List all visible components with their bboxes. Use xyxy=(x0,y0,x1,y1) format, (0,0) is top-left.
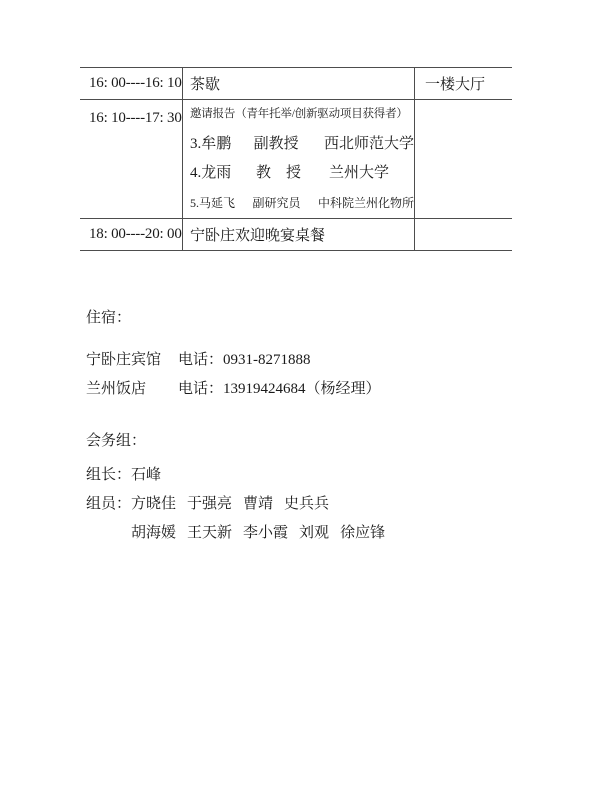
hotel-name: 宁卧庄宾馆 xyxy=(86,346,178,375)
lodging-entry: 兰州饭店 电话： 13919424684（杨经理） xyxy=(86,375,381,404)
member-name: 李小霞 xyxy=(243,519,288,548)
member-name: 史兵兵 xyxy=(284,490,329,519)
member-name: 于强亮 xyxy=(187,490,232,519)
event-title: 邀请报告（青年托举/创新驱动项目获得者） xyxy=(190,100,414,130)
members-line: 胡海媛 王天新 李小霞 刘观 徐应锋 xyxy=(86,519,385,548)
speaker-line: 3.牟鹏 副教授 西北师范大学 xyxy=(190,130,414,160)
time-cell: 16: 10----17: 30 xyxy=(80,100,183,218)
lodging-entry: 宁卧庄宾馆 电话： 0931-8271888 xyxy=(86,346,381,375)
leader-label: 组长： xyxy=(86,461,131,490)
speaker-affiliation: 西北师范大学 xyxy=(324,130,414,160)
members-group: 方晓佳 于强亮 曹靖 史兵兵 xyxy=(131,490,329,519)
member-name: 方晓佳 xyxy=(131,490,176,519)
speaker-line: 4.龙雨 教 授 兰州大学 xyxy=(190,159,414,189)
phone-number: 13919424684（杨经理） xyxy=(223,375,381,404)
member-name: 胡海媛 xyxy=(131,519,176,548)
speaker-line: 5.马延飞 副研究员 中科院兰州化物所 xyxy=(190,189,414,219)
lodging-heading: 住宿： xyxy=(86,307,381,329)
member-name: 刘观 xyxy=(299,519,329,548)
phone-number: 0931-8271888 xyxy=(223,346,311,375)
time-cell: 16: 00----16: 10 xyxy=(80,68,183,99)
location-cell: 一楼大厅 xyxy=(415,68,512,99)
members-line: 组员： 方晓佳 于强亮 曹靖 史兵兵 xyxy=(86,490,385,519)
speaker-title: 副教授 xyxy=(254,130,324,160)
members-label: 组员： xyxy=(86,490,131,519)
committee-heading: 会务组： xyxy=(86,430,385,452)
hotel-name: 兰州饭店 xyxy=(86,375,178,404)
document-page: 16: 00----16: 10 茶歇 一楼大厅 16: 10----17: 3… xyxy=(0,0,595,800)
time-text: 16: 10----17: 30 xyxy=(89,110,182,126)
event-cell: 邀请报告（青年托举/创新驱动项目获得者） 3.牟鹏 副教授 西北师范大学 4.龙… xyxy=(183,100,415,218)
table-row: 18: 00----20: 00 宁卧庄欢迎晚宴桌餐 xyxy=(80,219,512,251)
member-name: 曹靖 xyxy=(243,490,273,519)
member-name: 徐应锋 xyxy=(340,519,385,548)
location-cell xyxy=(415,219,512,250)
table-row: 16: 10----17: 30 邀请报告（青年托举/创新驱动项目获得者） 3.… xyxy=(80,100,512,219)
time-cell: 18: 00----20: 00 xyxy=(80,219,183,250)
table-row: 16: 00----16: 10 茶歇 一楼大厅 xyxy=(80,68,512,100)
speaker-title: 副研究员 xyxy=(253,189,318,219)
event-cell: 茶歇 xyxy=(183,68,415,99)
event-cell: 宁卧庄欢迎晚宴桌餐 xyxy=(183,219,415,250)
time-text: 16: 00----16: 10 xyxy=(89,75,182,92)
speaker-name: 4.龙雨 xyxy=(190,159,256,189)
location-text: 一楼大厅 xyxy=(425,73,485,94)
phone-label: 电话： xyxy=(178,346,223,375)
location-cell xyxy=(415,100,512,218)
speaker-name: 3.牟鹏 xyxy=(190,130,254,160)
speaker-affiliation: 中科院兰州化物所 xyxy=(318,189,414,219)
committee-section: 会务组： 组长： 石峰 组员： 方晓佳 于强亮 曹靖 史兵兵 胡海媛 王天新 李… xyxy=(86,430,385,548)
speaker-name: 5.马延飞 xyxy=(190,189,253,219)
time-text: 18: 00----20: 00 xyxy=(89,226,182,243)
leader-name: 石峰 xyxy=(131,461,161,490)
leader-line: 组长： 石峰 xyxy=(86,461,385,490)
lodging-section: 住宿： 宁卧庄宾馆 电话： 0931-8271888 兰州饭店 电话： 1391… xyxy=(86,307,381,404)
event-text: 茶歇 xyxy=(190,73,220,94)
speaker-affiliation: 兰州大学 xyxy=(329,159,389,189)
speaker-title: 教 授 xyxy=(256,159,329,189)
event-text: 宁卧庄欢迎晚宴桌餐 xyxy=(190,224,325,245)
members-group: 胡海媛 王天新 李小霞 刘观 徐应锋 xyxy=(131,519,385,548)
schedule-table: 16: 00----16: 10 茶歇 一楼大厅 16: 10----17: 3… xyxy=(80,67,512,251)
member-name: 王天新 xyxy=(187,519,232,548)
phone-label: 电话： xyxy=(178,375,223,404)
